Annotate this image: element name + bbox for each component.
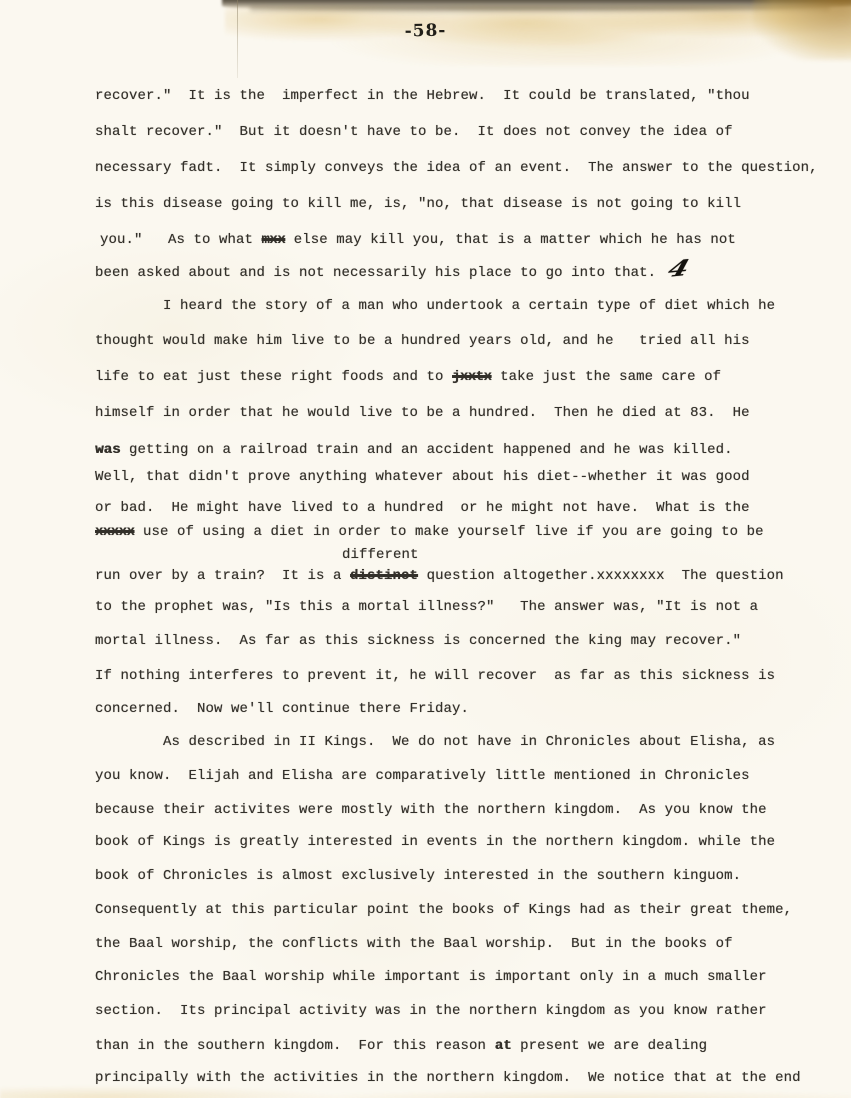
text-segment: life to eat just these right foods and t… xyxy=(95,369,452,385)
text-segment: I heard the story of a man who undertook… xyxy=(95,298,775,314)
text-segment: Well, that didn't prove anything whateve… xyxy=(95,469,750,485)
text-segment: present we are dealing xyxy=(512,1038,708,1054)
text-line: been asked about and is not necessarily … xyxy=(95,262,686,281)
text-line: book of Chronicles is almost exclusively… xyxy=(95,868,741,884)
text-line: himself in order that he would live to b… xyxy=(95,405,750,421)
text-line: book of Kings is greatly interested in e… xyxy=(95,834,775,850)
text-segment: book of Kings is greatly interested in e… xyxy=(95,834,775,850)
text-line: the Baal worship, the conflicts with the… xyxy=(95,936,733,952)
text-segment: was xyxy=(95,442,121,458)
text-segment: jxxtx xyxy=(452,369,492,385)
text-line: is this disease going to kill me, is, "n… xyxy=(95,196,741,212)
text-line: run over by a train? It is a distinct qu… xyxy=(95,568,784,584)
typewritten-text: recover." It is the imperfect in the Heb… xyxy=(0,0,851,1098)
text-segment: use of using a diet in order to make you… xyxy=(135,524,764,540)
text-line: or bad. He might have lived to a hundred… xyxy=(95,500,750,516)
text-line: you know. Elijah and Elisha are comparat… xyxy=(95,768,750,784)
text-segment: been asked about and is not necessarily … xyxy=(95,265,665,281)
text-segment: you." As to what xyxy=(100,232,262,248)
text-line: principally with the activities in the n… xyxy=(95,1070,801,1086)
text-segment: different xyxy=(342,547,419,563)
text-line: mortal illness. As far as this sickness … xyxy=(95,633,741,649)
typewritten-page: -58- recover." It is the imperfect in th… xyxy=(0,0,851,1098)
text-segment: is this disease going to kill me, is, "n… xyxy=(95,196,741,212)
text-segment: section. Its principal activity was in t… xyxy=(95,1003,767,1019)
text-line: If nothing interferes to prevent it, he … xyxy=(95,668,775,684)
text-line: As described in II Kings. We do not have… xyxy=(95,734,775,750)
text-segment: himself in order that he would live to b… xyxy=(95,405,750,421)
text-segment: question altogether.xxxxxxxx The questio… xyxy=(418,568,784,584)
text-line: Well, that didn't prove anything whateve… xyxy=(95,469,750,485)
text-segment: shalt recover." But it doesn't have to b… xyxy=(95,124,733,140)
text-segment: run over by a train? It is a xyxy=(95,568,350,584)
text-segment: recover." It is the imperfect in the Heb… xyxy=(95,88,750,104)
text-segment: or bad. He might have lived to a hundred… xyxy=(95,500,750,516)
text-line: concerned. Now we'll continue there Frid… xyxy=(95,701,469,717)
text-segment: book of Chronicles is almost exclusively… xyxy=(95,868,741,884)
text-segment: because their activites were mostly with… xyxy=(95,802,767,818)
text-segment: As described in II Kings. We do not have… xyxy=(95,734,775,750)
text-segment: distinct xyxy=(350,568,418,584)
text-line: than in the southern kingdom. For this r… xyxy=(95,1038,707,1054)
text-line: Chronicles the Baal worship while import… xyxy=(95,969,767,985)
text-segment: the Baal worship, the conflicts with the… xyxy=(95,936,733,952)
text-line: life to eat just these right foods and t… xyxy=(95,369,721,385)
text-line: shalt recover." But it doesn't have to b… xyxy=(95,124,733,140)
text-segment: concerned. Now we'll continue there Frid… xyxy=(95,701,469,717)
text-segment: If nothing interferes to prevent it, he … xyxy=(95,668,775,684)
text-segment: Chronicles the Baal worship while import… xyxy=(95,969,767,985)
text-segment: Consequently at this particular point th… xyxy=(95,902,792,918)
text-line: necessary fadt. It simply conveys the id… xyxy=(95,160,818,176)
text-line: you." As to what mxx else may kill you, … xyxy=(100,232,736,248)
text-line: different xyxy=(342,547,419,563)
text-segment: principally with the activities in the n… xyxy=(95,1070,801,1086)
text-line: to the prophet was, "Is this a mortal il… xyxy=(95,599,758,615)
text-line: was getting on a railroad train and an a… xyxy=(95,442,733,458)
text-line: I heard the story of a man who undertook… xyxy=(95,298,775,314)
text-segment: necessary fadt. It simply conveys the id… xyxy=(95,160,818,176)
text-segment: mortal illness. As far as this sickness … xyxy=(95,633,741,649)
text-segment: else may kill you, that is a matter whic… xyxy=(285,232,736,248)
text-segment: at xyxy=(495,1038,512,1054)
text-segment: to the prophet was, "Is this a mortal il… xyxy=(95,599,758,615)
text-segment: than in the southern kingdom. For this r… xyxy=(95,1038,495,1054)
text-line: Consequently at this particular point th… xyxy=(95,902,792,918)
text-line: section. Its principal activity was in t… xyxy=(95,1003,767,1019)
text-line: thought would make him live to be a hund… xyxy=(95,333,750,349)
text-segment: xxxxx xyxy=(95,524,135,540)
text-segment: you know. Elijah and Elisha are comparat… xyxy=(95,768,750,784)
text-line: recover." It is the imperfect in the Heb… xyxy=(95,88,750,104)
handwritten-mark-icon: 4 xyxy=(666,261,690,277)
text-line: because their activites were mostly with… xyxy=(95,802,767,818)
text-segment: getting on a railroad train and an accid… xyxy=(121,442,733,458)
text-line: xxxxx use of using a diet in order to ma… xyxy=(95,524,764,540)
text-segment: thought would make him live to be a hund… xyxy=(95,333,750,349)
text-segment: take just the same care of xyxy=(492,369,722,385)
text-segment: mxx xyxy=(262,232,286,248)
